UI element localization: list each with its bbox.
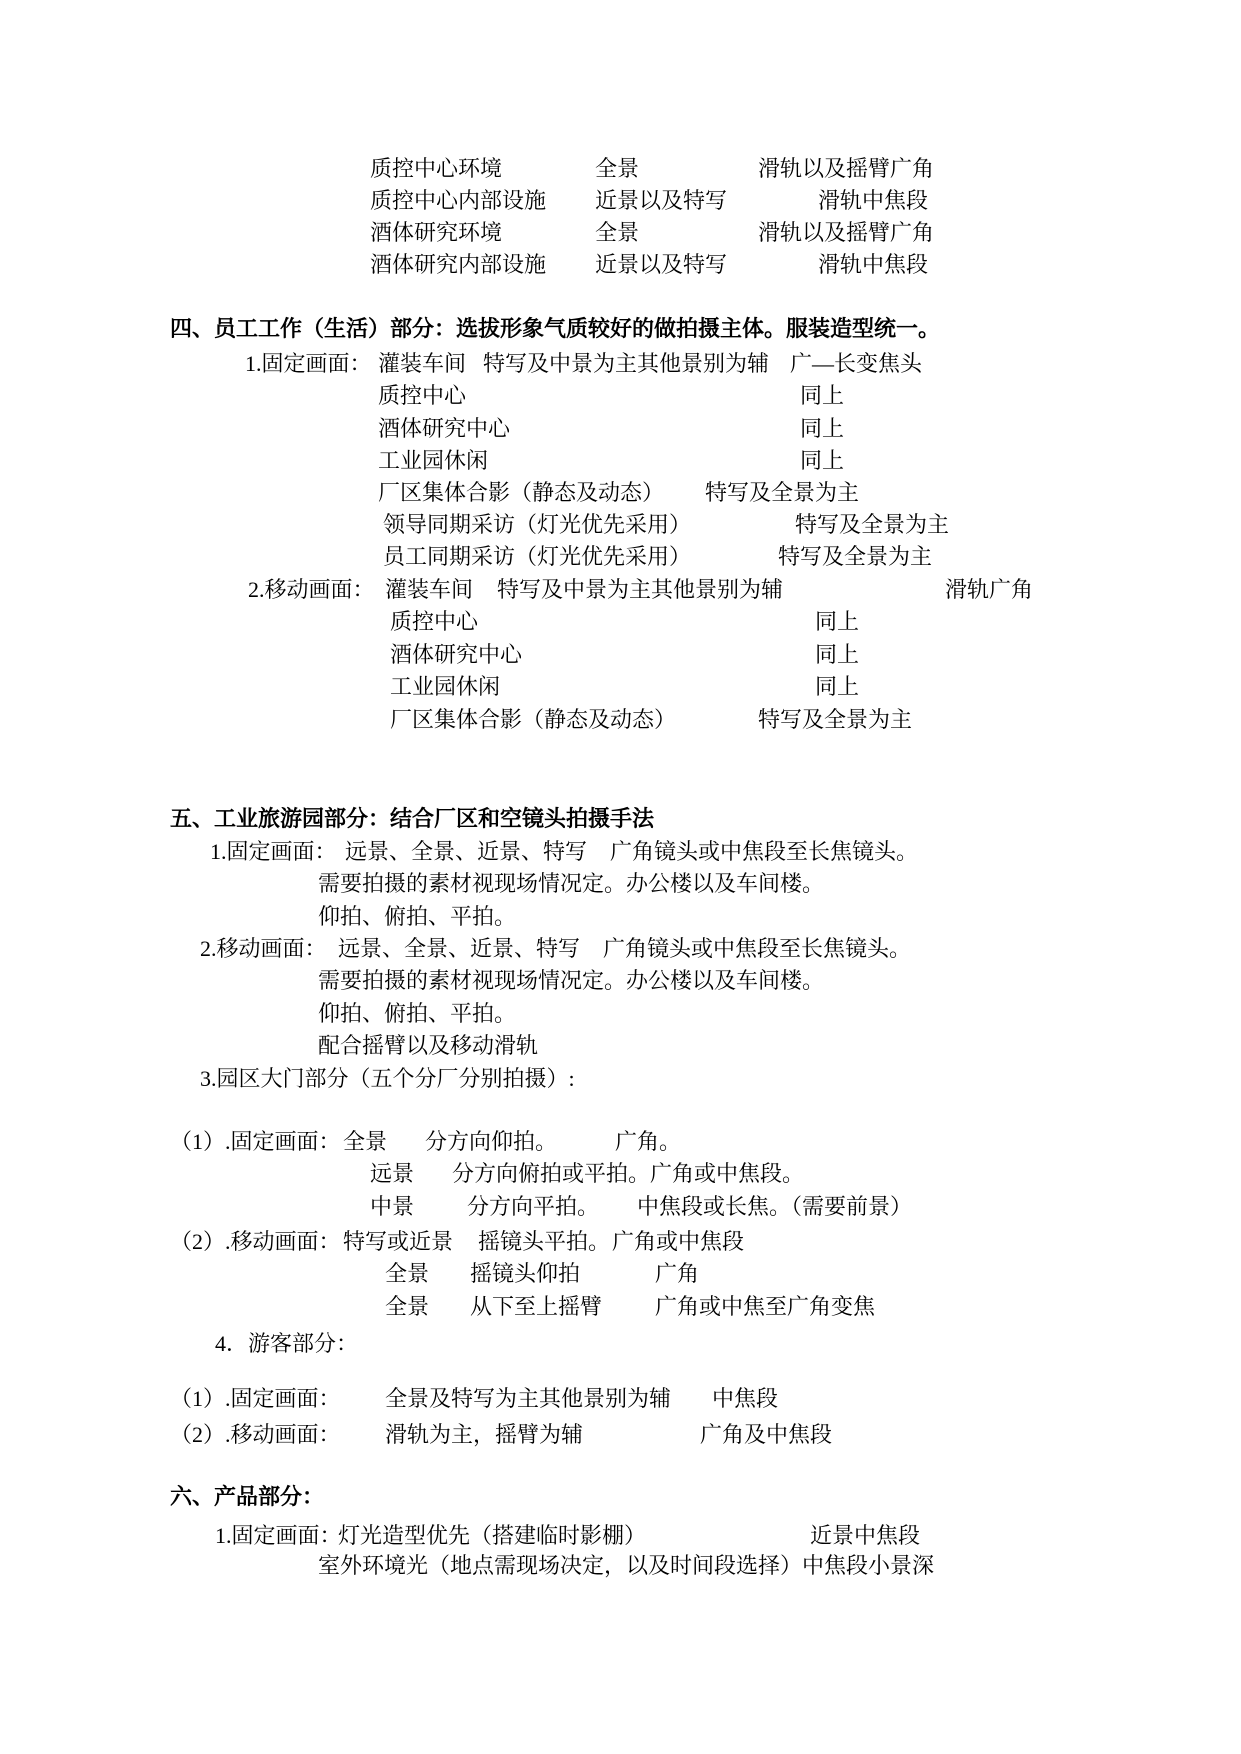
shot-type: 近景以及特写 — [595, 187, 727, 215]
shot-type: 全景 — [595, 219, 639, 247]
item-label: （2）.移动画面： — [170, 1228, 341, 1256]
camera-gear: 广角 — [655, 1260, 699, 1288]
camera-gear: 特写及全景为主 — [758, 706, 912, 734]
camera-gear: 广角或中焦段。 — [650, 1160, 804, 1188]
shot-type: 远景 — [370, 1160, 414, 1188]
shot-subject: 灌装车间 — [385, 576, 473, 604]
camera-gear: 中焦段或长焦。（需要前景） — [637, 1193, 912, 1221]
subsection-heading: 4．游客部分： — [215, 1330, 358, 1358]
shot-subject: 厂区集体合影（静态及动态） — [378, 479, 664, 507]
camera-gear: 滑轨以及摇臂广角 — [758, 155, 934, 183]
note-line: 仰拍、俯拍、平拍。 — [318, 903, 516, 931]
camera-gear: 广—长变焦头 — [790, 350, 922, 378]
camera-gear: 同上 — [800, 447, 844, 475]
shot-subject: 工业园休闲 — [378, 447, 488, 475]
camera-gear: 同上 — [800, 415, 844, 443]
shot-type: 远景、全景、近景、特写 — [338, 935, 580, 963]
shot-subject: 质控中心 — [378, 382, 466, 410]
camera-gear: 同上 — [800, 382, 844, 410]
item-label: （1）.固定画面： — [170, 1128, 341, 1156]
camera-gear: 特写及全景为主 — [778, 543, 932, 571]
shot-type: 全景 — [343, 1128, 387, 1156]
camera-gear: 中焦段 — [712, 1385, 778, 1413]
shot-type: 特写或近景 — [343, 1228, 453, 1256]
shot-subject: 灌装车间 — [378, 350, 466, 378]
shot-subject: 酒体研究中心 — [390, 641, 522, 669]
item-label: 1.固定画面： — [215, 1522, 342, 1550]
note-line: 配合摇臂以及移动滑轨 — [318, 1032, 538, 1060]
camera-gear: 滑轨中焦段 — [818, 251, 928, 279]
camera-gear: 广角或中焦至广角变焦 — [655, 1293, 875, 1321]
note-line: 需要拍摄的素材视现场情况定。办公楼以及车间楼。 — [318, 870, 824, 898]
camera-gear: 滑轨中焦段 — [818, 187, 928, 215]
item-label: （1）.固定画面： — [170, 1385, 341, 1413]
shot-subject: 酒体研究中心 — [378, 415, 510, 443]
shot-method: 分方向俯拍或平拍。 — [452, 1160, 650, 1188]
camera-gear: 广角或中焦段 — [612, 1228, 744, 1256]
shot-type: 远景、全景、近景、特写 — [345, 838, 587, 866]
section-heading: 四、员工工作（生活）部分：选拔形象气质较好的做拍摄主体。服装造型统一。 — [170, 315, 940, 343]
camera-gear: 广角。 — [615, 1128, 681, 1156]
camera-gear: 同上 — [815, 641, 859, 669]
shot-subject: 质控中心环境 — [370, 155, 502, 183]
subsection-heading: 3.园区大门部分（五个分厂分别拍摄）: — [200, 1065, 575, 1093]
shot-method: 摇镜头仰拍 — [470, 1260, 580, 1288]
shot-method: 摇镜头平拍。 — [478, 1228, 610, 1256]
shot-type: 近景以及特写 — [595, 251, 727, 279]
shot-type: 全景 — [595, 155, 639, 183]
shot-method: 灯光造型优先（搭建临时影棚） — [338, 1522, 646, 1550]
shot-type: 特写及中景为主其他景别为辅 — [483, 350, 769, 378]
shot-subject: 工业园休闲 — [390, 673, 500, 701]
document-page: 质控中心环境 全景 滑轨以及摇臂广角 质控中心内部设施 近景以及特写 滑轨中焦段… — [0, 0, 1241, 1754]
camera-gear: 同上 — [815, 673, 859, 701]
item-label: 1.固定画面： — [245, 350, 372, 378]
note-line: 室外环境光（地点需现场决定，以及时间段选择）中焦段小景深 — [318, 1552, 934, 1580]
shot-type: 滑轨为主，摇臂为辅 — [385, 1421, 583, 1449]
section-heading: 五、工业旅游园部分：结合厂区和空镜头拍摄手法 — [170, 805, 654, 833]
shot-subject: 厂区集体合影（静态及动态） — [390, 706, 676, 734]
camera-gear: 滑轨广角 — [945, 576, 1033, 604]
item-label: 2.移动画面： — [200, 935, 327, 963]
section-heading: 六、产品部分： — [170, 1483, 324, 1511]
camera-gear: 特写及全景为主 — [705, 479, 859, 507]
shot-method: 从下至上摇臂 — [470, 1293, 602, 1321]
shot-method: 分方向仰拍。 — [425, 1128, 557, 1156]
item-label: 2.移动画面： — [248, 576, 375, 604]
camera-gear: 广角及中焦段 — [700, 1421, 832, 1449]
item-label: （2）.移动画面： — [170, 1421, 341, 1449]
shot-subject: 质控中心内部设施 — [370, 187, 546, 215]
camera-gear: 广角镜头或中焦段至长焦镜头。 — [610, 838, 918, 866]
shot-type: 中景 — [370, 1193, 414, 1221]
camera-gear: 特写及全景为主 — [795, 511, 949, 539]
shot-subject: 酒体研究内部设施 — [370, 251, 546, 279]
shot-type: 全景 — [385, 1260, 429, 1288]
shot-type: 全景 — [385, 1293, 429, 1321]
shot-method: 分方向平拍。 — [467, 1193, 599, 1221]
note-line: 需要拍摄的素材视现场情况定。办公楼以及车间楼。 — [318, 967, 824, 995]
shot-type: 特写及中景为主其他景别为辅 — [497, 576, 783, 604]
note-line: 仰拍、俯拍、平拍。 — [318, 1000, 516, 1028]
shot-subject: 酒体研究环境 — [370, 219, 502, 247]
camera-gear: 同上 — [815, 608, 859, 636]
item-label: 1.固定画面： — [210, 838, 337, 866]
camera-gear: 滑轨以及摇臂广角 — [758, 219, 934, 247]
camera-gear: 近景中焦段 — [810, 1522, 920, 1550]
shot-subject: 领导同期采访（灯光优先采用） — [383, 511, 691, 539]
camera-gear: 广角镜头或中焦段至长焦镜头。 — [603, 935, 911, 963]
shot-subject: 员工同期采访（灯光优先采用） — [383, 543, 691, 571]
shot-subject: 质控中心 — [390, 608, 478, 636]
shot-type: 全景及特写为主其他景别为辅 — [385, 1385, 671, 1413]
